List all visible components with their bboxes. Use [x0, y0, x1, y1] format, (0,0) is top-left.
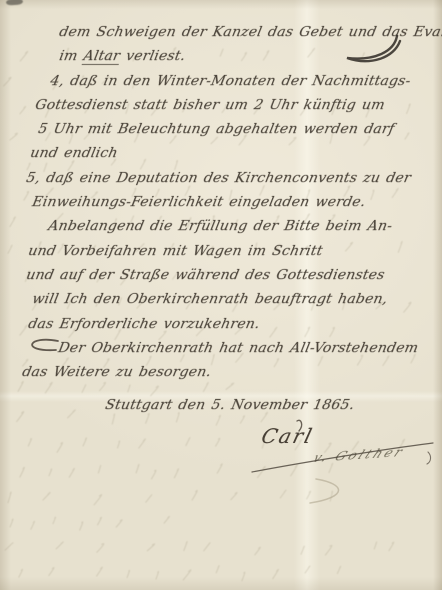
- countersignature-underline-stroke: [252, 443, 433, 472]
- erforderliche-loop-flourish: [32, 340, 58, 350]
- carl-pen-lift-mark: [297, 420, 302, 431]
- manuscript-page: dem Schweigen der Kanzel das Gebet und d…: [0, 0, 442, 590]
- evangelium-swash-flourish: [347, 36, 400, 61]
- ink-flourish-layer: [0, 0, 442, 590]
- bleedthrough-curve-mark: [310, 479, 339, 503]
- countersignature-tail-stroke: [427, 452, 431, 464]
